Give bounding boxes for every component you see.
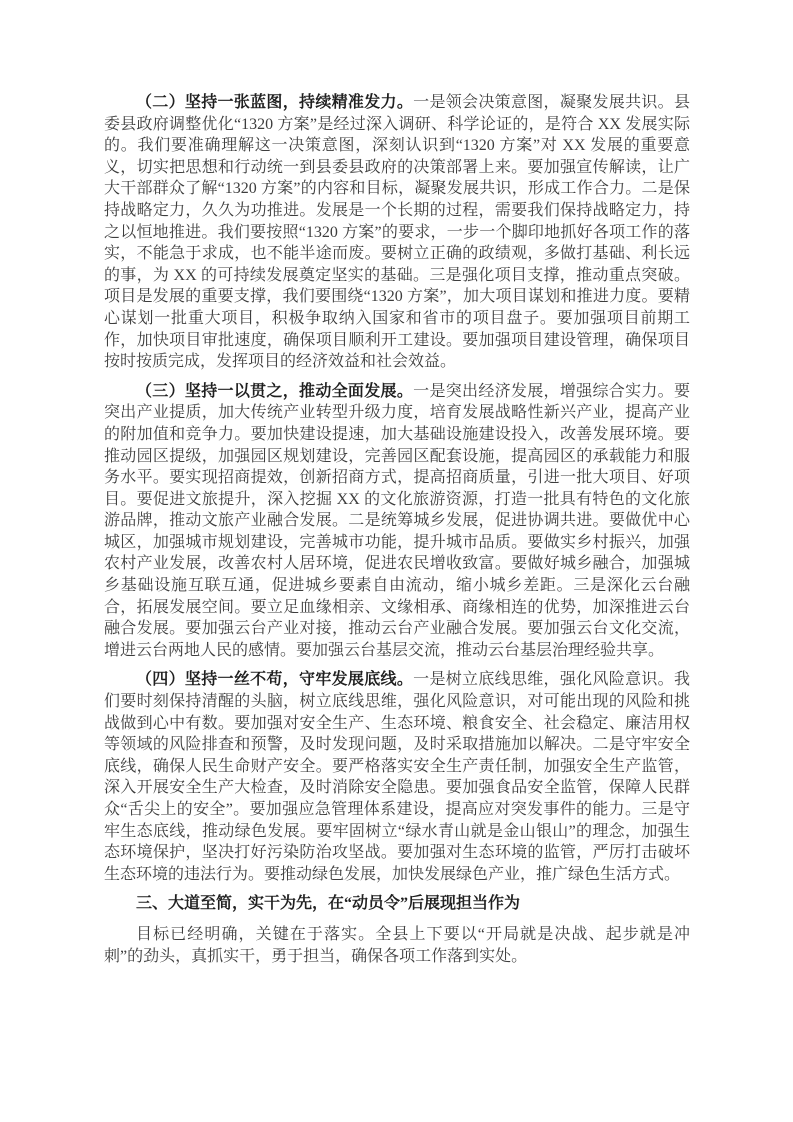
document-page: （二）坚持一张蓝图，持续精准发力。一是领会决策意图，凝聚发展共识。县委县政府调整… — [0, 0, 793, 1122]
closing-paragraph-body: 目标已经明确，关键在于落实。全县上下要以“开局就是决战、起步就是冲刺”的劲头，真… — [104, 926, 690, 965]
paragraph-section-4: （四）坚持一丝不苟，守牢发展底线。一是树立底线思维，强化风险意识。我们要时刻保持… — [104, 669, 690, 885]
paragraph-section-4-body: 一是树立底线思维，强化风险意识。我们要时刻保持清醒的头脑，树立底线思维，强化风险… — [104, 671, 690, 882]
paragraph-section-3-lead: （三）坚持一以贯之，推动全面发展。 — [136, 383, 413, 400]
closing-paragraph: 目标已经明确，关键在于落实。全县上下要以“开局就是决战、起步就是冲刺”的劲头，真… — [104, 924, 690, 967]
paragraph-section-3-body: 一是突出经济发展，增强综合实力。要突出产业提质，加大传统产业转型升级力度，培育发… — [104, 383, 690, 659]
paragraph-section-2: （二）坚持一张蓝图，持续精准发力。一是领会决策意图，凝聚发展共识。县委县政府调整… — [104, 92, 690, 373]
paragraph-section-2-body: 一是领会决策意图，凝聚发展共识。县委县政府调整优化“1320 方案”是经过深入调… — [104, 94, 690, 370]
paragraph-section-4-lead: （四）坚持一丝不苟，守牢发展底线。 — [136, 671, 413, 688]
paragraph-section-2-lead: （二）坚持一张蓝图，持续精准发力。 — [136, 94, 413, 111]
paragraph-section-3: （三）坚持一以贯之，推动全面发展。一是突出经济发展，增强综合实力。要突出产业提质… — [104, 381, 690, 662]
section-heading-3: 三、大道至简，实干为先，在“动员令”后展现担当作为 — [104, 893, 690, 915]
